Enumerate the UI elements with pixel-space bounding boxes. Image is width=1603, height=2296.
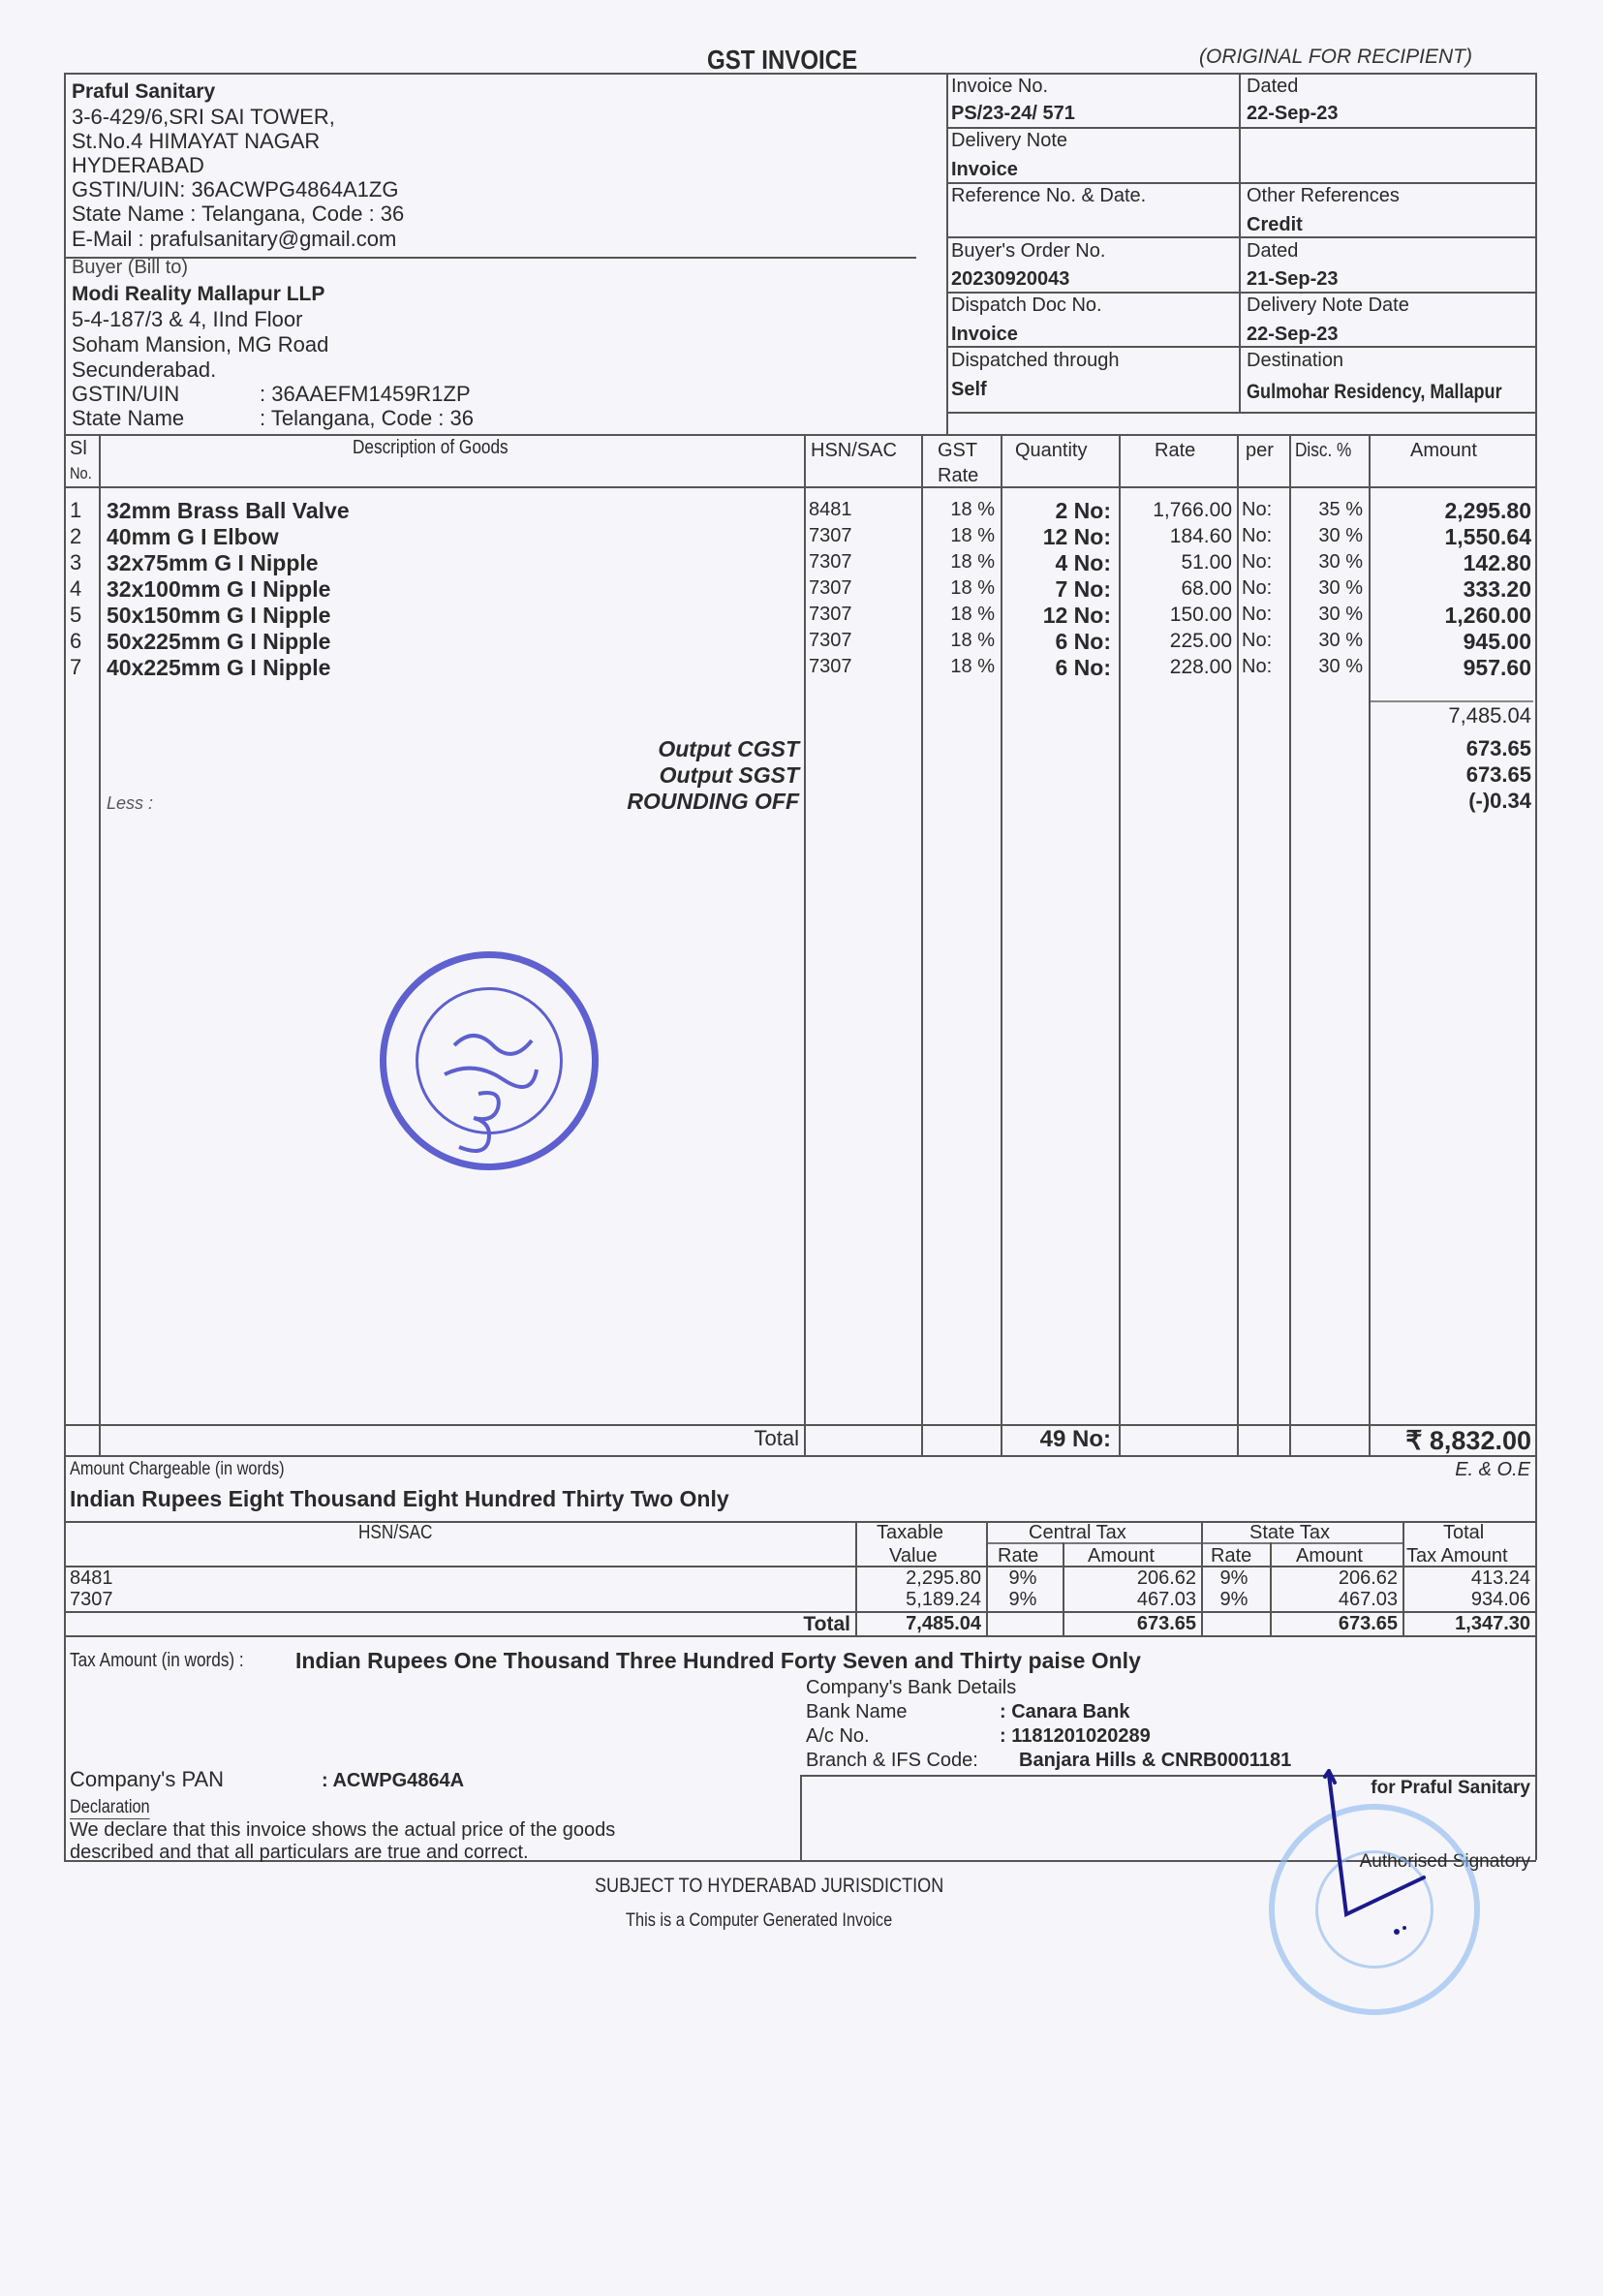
cell-sl: 2 [70,526,97,547]
meta-label: Dispatched through [951,351,1119,370]
cell-gst: 18 % [923,631,995,650]
cell-desc: 50x150mm G I Nipple [107,605,785,627]
tax-cell-c_amt: 206.62 [1065,1568,1196,1588]
buyer-address-1: 5-4-187/3 & 4, IInd Floor [72,309,302,330]
cell-hsn: 7307 [809,605,915,624]
cell-amount: 142.80 [1369,552,1531,574]
tax-cell-taxable: 2,295.80 [857,1568,981,1588]
buyer-gstin-label: GSTIN/UIN [72,384,179,405]
meta-label: Delivery Note [951,131,1067,150]
cell-rate: 184.60 [1121,526,1232,546]
buyer-name: Modi Reality Mallapur LLP [72,284,324,304]
meta-label: Dispatch Doc No. [951,295,1102,315]
buyer-address-2: Soham Mansion, MG Road [72,334,328,356]
meta-value: 21-Sep-23 [1247,269,1339,289]
cell-per: No: [1242,631,1286,650]
cell-sl: 3 [70,552,97,574]
eoe-label: E. & O.E [1356,1460,1530,1479]
tax-total-label: Total [775,1614,850,1634]
cell-disc: 30 % [1291,631,1363,650]
meta-label: Destination [1247,351,1343,370]
cell-per: No: [1242,500,1286,519]
tax-col-hsn: HSN/SAC [358,1523,432,1542]
declaration-label: Declaration [70,1798,150,1819]
tax-total-all: 1,347.30 [1404,1614,1530,1633]
col-sl: Sl [70,439,87,458]
bank-account: : 1181201020289 [1000,1726,1151,1746]
tax-cell-s_amt: 467.03 [1272,1590,1398,1609]
signature-icon [1317,1769,1453,1963]
cell-sl: 7 [70,657,97,678]
tax-total-central: 673.65 [1065,1614,1196,1633]
bank-title: Company's Bank Details [806,1678,1016,1697]
meta-label: Buyer's Order No. [951,241,1105,261]
cell-hsn: 7307 [809,526,915,545]
tax-col-taxable-2: Value [889,1546,938,1566]
cell-amount: 2,295.80 [1369,500,1531,522]
tax-cell-s_rate: 9% [1203,1590,1265,1609]
cell-rate: 228.00 [1121,657,1232,677]
bank-account-label: A/c No. [806,1726,870,1746]
tax-amount-rounding: (-)0.34 [1369,791,1531,812]
col-gst-2: Rate [938,466,978,485]
bank-name: : Canara Bank [1000,1702,1130,1722]
bank-branch: Banjara Hills & CNRB0001181 [1019,1751,1291,1770]
amount-words-label: Amount Chargeable (in words) [70,1460,285,1478]
cell-desc: 32mm Brass Ball Valve [107,500,785,522]
meta-label: Dated [1247,77,1298,96]
col-discount: Disc. % [1295,441,1351,460]
cell-rate: 1,766.00 [1121,500,1232,520]
tax-amount-sgst: 673.65 [1369,764,1531,786]
cell-qty: 7 No: [1002,578,1111,601]
tax-total-taxable: 7,485.04 [857,1614,981,1633]
cell-gst: 18 % [923,578,995,598]
meta-label: Delivery Note Date [1247,295,1409,315]
cell-qty: 12 No: [1002,526,1111,548]
cell-sl: 6 [70,631,97,652]
cell-per: No: [1242,578,1286,598]
seller-address-1: 3-6-429/6,SRI SAI TOWER, [72,107,335,128]
tax-cell-total: 934.06 [1404,1590,1530,1609]
cell-desc: 40x225mm G I Nipple [107,657,785,679]
col-per: per [1246,441,1274,460]
cell-desc: 32x75mm G I Nipple [107,552,785,574]
pan-value: : ACWPG4864A [322,1771,464,1790]
cell-rate: 225.00 [1121,631,1232,651]
cell-disc: 35 % [1291,500,1363,519]
tax-label-rounding: ROUNDING OFF [484,791,799,813]
bank-name-label: Bank Name [806,1702,908,1722]
tax-col-s-amount: Amount [1296,1546,1363,1566]
tax-label-cgst: Output CGST [484,738,799,760]
cell-disc: 30 % [1291,526,1363,545]
tax-total-state: 673.65 [1272,1614,1398,1633]
meta-label: Other References [1247,186,1400,205]
cell-rate: 150.00 [1121,605,1232,625]
cell-hsn: 7307 [809,657,915,676]
seller-gstin: GSTIN/UIN: 36ACWPG4864A1ZG [72,179,398,201]
cell-hsn: 7307 [809,578,915,598]
cell-gst: 18 % [923,657,995,676]
buyer-state-label: State Name [72,408,184,429]
col-hsn: HSN/SAC [811,441,897,460]
meta-label: Invoice No. [951,77,1048,96]
col-sl-2: No. [70,465,92,481]
cell-per: No: [1242,552,1286,572]
seller-address-3: HYDERABAD [72,155,204,176]
computer-generated-note: This is a Computer Generated Invoice [626,1911,892,1930]
tax-col-total-2: Tax Amount [1406,1546,1508,1566]
copy-label: (ORIGINAL FOR RECIPIENT) [1199,47,1472,67]
cell-amount: 945.00 [1369,631,1531,653]
meta-value: Credit [1247,215,1303,234]
tax-amount-cgst: 673.65 [1369,738,1531,760]
cell-qty: 6 No: [1002,657,1111,679]
cell-gst: 18 % [923,526,995,545]
buyer-label: Buyer (Bill to) [72,258,188,277]
invoice-title: GST INVOICE [707,47,857,74]
grand-total: ₹ 8,832.00 [1369,1428,1531,1454]
col-amount: Amount [1410,441,1477,460]
cell-qty: 2 No: [1002,500,1111,522]
tax-cell-s_rate: 9% [1203,1568,1265,1588]
cell-sl: 4 [70,578,97,600]
cell-rate: 68.00 [1121,578,1232,599]
cell-disc: 30 % [1291,605,1363,624]
cell-qty: 12 No: [1002,605,1111,627]
tax-cell-taxable: 5,189.24 [857,1590,981,1609]
meta-value: Invoice [951,325,1018,344]
handwriting-icon [386,958,592,1164]
buyer-inward-stamp [380,951,599,1170]
meta-value: PS/23-24/ 571 [951,104,1075,123]
cell-desc: 50x225mm G I Nipple [107,631,785,653]
tax-label-sgst: Output SGST [484,764,799,787]
tax-col-state: State Tax [1249,1523,1330,1542]
buyer-state: : Telangana, Code : 36 [260,408,474,429]
tax-col-central: Central Tax [1029,1523,1126,1542]
tax-cell-hsn: 7307 [70,1590,263,1609]
col-description: Description of Goods [353,438,509,457]
amount-in-words: Indian Rupees Eight Thousand Eight Hundr… [70,1488,729,1510]
cell-qty: 6 No: [1002,631,1111,653]
seller-state: State Name : Telangana, Code : 36 [72,203,404,225]
tax-in-words: Indian Rupees One Thousand Three Hundred… [295,1650,1141,1672]
meta-label: Dated [1247,241,1298,261]
meta-value: Self [951,380,987,399]
cell-gst: 18 % [923,500,995,519]
meta-label: Reference No. & Date. [951,186,1146,205]
cell-gst: 18 % [923,552,995,572]
tax-col-c-amount: Amount [1088,1546,1155,1566]
meta-value: 22-Sep-23 [1247,104,1339,123]
col-quantity: Quantity [1015,441,1087,460]
cell-per: No: [1242,526,1286,545]
cell-amount: 1,260.00 [1369,605,1531,627]
meta-value: Invoice [951,160,1018,179]
total-label: Total [678,1428,799,1449]
seller-name: Praful Sanitary [72,81,215,102]
tax-cell-c_amt: 467.03 [1065,1590,1196,1609]
cell-rate: 51.00 [1121,552,1232,573]
less-label: Less : [107,794,153,812]
tax-cell-total: 413.24 [1404,1568,1530,1588]
cell-amount: 333.20 [1369,578,1531,601]
tax-words-label: Tax Amount (in words) : [70,1651,244,1670]
buyer-address-3: Secunderabad. [72,359,216,381]
jurisdiction-note: SUBJECT TO HYDERABAD JURISDICTION [595,1876,943,1896]
cell-disc: 30 % [1291,578,1363,598]
meta-value: 22-Sep-23 [1247,325,1339,344]
meta-value: 20230920043 [951,269,1069,289]
tax-cell-c_rate: 9% [988,1568,1058,1588]
tax-cell-c_rate: 9% [988,1590,1058,1609]
col-gst: GST [938,441,977,460]
declaration-line-2: described and that all particulars are t… [70,1843,529,1862]
cell-per: No: [1242,605,1286,624]
tax-cell-s_amt: 206.62 [1272,1568,1398,1588]
subtotal: 7,485.04 [1369,705,1531,727]
total-quantity: 49 No: [1002,1428,1111,1451]
tax-col-s-rate: Rate [1211,1546,1251,1566]
cell-disc: 30 % [1291,552,1363,572]
cell-per: No: [1242,657,1286,676]
cell-hsn: 7307 [809,552,915,572]
tax-col-c-rate: Rate [998,1546,1038,1566]
cell-amount: 957.60 [1369,657,1531,679]
buyer-gstin: : 36AAEFM1459R1ZP [260,384,471,405]
col-rate: Rate [1155,441,1195,460]
declaration-line-1: We declare that this invoice shows the a… [70,1820,615,1840]
cell-hsn: 7307 [809,631,915,650]
cell-desc: 32x100mm G I Nipple [107,578,785,601]
pan-label: Company's PAN [70,1769,224,1790]
cell-hsn: 8481 [809,500,915,519]
cell-qty: 4 No: [1002,552,1111,574]
seller-email: E-Mail : prafulsanitary@gmail.com [72,229,396,250]
cell-sl: 1 [70,500,97,521]
cell-gst: 18 % [923,605,995,624]
cell-sl: 5 [70,605,97,626]
meta-value: Gulmohar Residency, Mallapur [1247,382,1502,402]
seller-address-2: St.No.4 HIMAYAT NAGAR [72,131,320,152]
cell-desc: 40mm G I Elbow [107,526,785,548]
cell-amount: 1,550.64 [1369,526,1531,548]
bank-branch-label: Branch & IFS Code: [806,1751,978,1770]
tax-cell-hsn: 8481 [70,1568,263,1588]
tax-col-taxable: Taxable [877,1523,943,1542]
tax-col-total: Total [1443,1523,1484,1542]
cell-disc: 30 % [1291,657,1363,676]
